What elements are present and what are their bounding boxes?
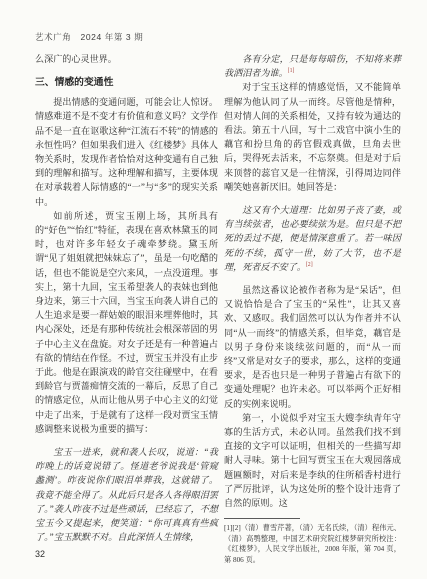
left-column: 么深广的心灵世界。 三、情感的变通性 提出情感的变通问题，可能会让人惊讶。情感难… [35, 52, 218, 566]
footnote-text: [1][2]（清）曹雪芹著，（清）无名氏续，（清）程伟元、（清）高鹗整理，中国艺… [224, 523, 401, 565]
block-quote-continuation: 各有分定，只是每每暗伤，不知将来葬我洒泪者为谁。[1] [224, 52, 401, 80]
block-quote: 这又有个大道理：比如男子丧了妻，或有当续弦者，也必要续弦为是。但只是不把死的丢过… [224, 203, 401, 274]
footnote-separator [224, 518, 300, 519]
carryover-paragraph: 么深广的心灵世界。 [35, 52, 218, 66]
footnote-block: [1][2]（清）曹雪芹著，（清）无名氏续，（清）程伟元、（清）高鹗整理，中国艺… [224, 518, 401, 565]
page-number: 32 [35, 549, 45, 559]
text-columns: 么深广的心灵世界。 三、情感的变通性 提出情感的变通问题，可能会让人惊讶。情感难… [35, 52, 401, 566]
reference-superscript-2: [2] [306, 262, 313, 268]
journal-header: 艺术广角 2024 年第 3 期 [35, 31, 143, 43]
journal-page: 艺术广角 2024 年第 3 期 么深广的心灵世界。 三、情感的变通性 提出情感… [0, 0, 427, 579]
paragraph: 如前所述，贾宝玉刚上场，其所具有的“好色”“怡红”特征，表现在喜欢林黛玉的同时，… [35, 209, 218, 436]
paragraph: 对于宝玉这样的情感觉悟，又不能简单理解为他认同了从一而终。尽管他是情种，但对情人… [224, 80, 401, 194]
section-heading: 三、情感的变通性 [35, 76, 218, 89]
quote-text: 各有分定，只是每每暗伤，不知将来葬我洒泪者为谁。 [224, 54, 401, 78]
reference-superscript-1: [1] [288, 68, 295, 74]
block-quote: 宝玉一进来，就和袭人长叹，说道：“我昨晚上的话竟说错了。怪道老爷说我是‘管窥蠡测… [35, 445, 218, 544]
paragraph: 虽然这番议论被作者称为是“呆话”，但又说恰恰是合了宝玉的“呆性”，让其又喜欢、又… [224, 283, 401, 411]
paragraph: 第一，小说似乎对宝玉大嫂李纨青年守寡的生活方式，未必认同。虽然我们找不到直接的文… [224, 411, 401, 510]
paragraph: 提出情感的变通问题，可能会让人惊讶。情感难道不是不变才有价值和意义吗？文学作品不… [35, 95, 218, 209]
right-column: 各有分定，只是每每暗伤，不知将来葬我洒泪者为谁。[1] 对于宝玉这样的情感觉悟，… [224, 52, 401, 566]
